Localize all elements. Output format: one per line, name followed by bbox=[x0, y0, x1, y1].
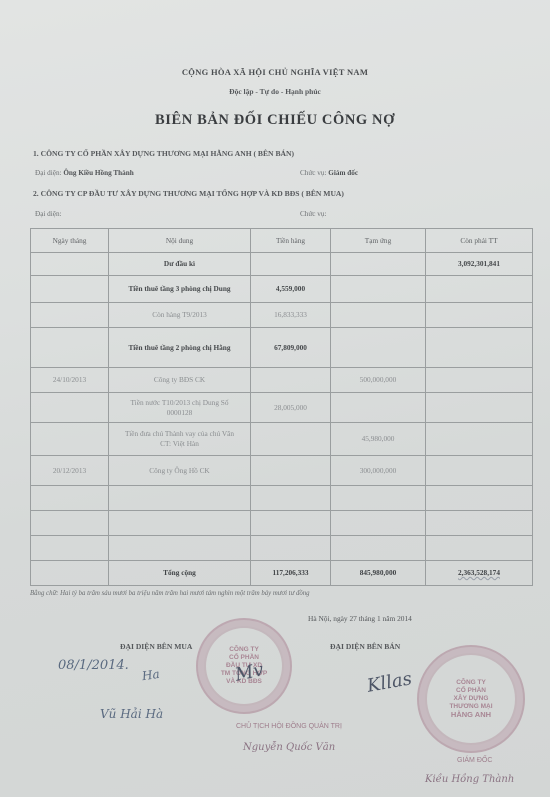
column-header-content: Nội dung bbox=[109, 229, 251, 253]
cell-date bbox=[31, 393, 109, 423]
nation-heading: CỘNG HÒA XÃ HỘI CHỦ NGHĨA VIỆT NAM bbox=[0, 67, 550, 77]
total-label: Tổng cộng bbox=[109, 561, 251, 586]
cell-advance bbox=[331, 393, 426, 423]
cell-remaining bbox=[426, 368, 533, 393]
cell-remaining bbox=[426, 536, 533, 561]
cell-advance bbox=[331, 486, 426, 511]
cell-content: Tiền đưa chú Thành vay của chú Văn CT: V… bbox=[109, 423, 251, 456]
table-row: Còn hàng T9/201316,833,333 bbox=[31, 303, 533, 328]
seller-director-signature: Kllas bbox=[366, 668, 414, 696]
cell-content bbox=[109, 486, 251, 511]
table-body: Dư đầu kì3,092,301,841Tiền thuê tầng 3 p… bbox=[31, 253, 533, 561]
total-date-cell bbox=[31, 561, 109, 586]
cell-date bbox=[31, 303, 109, 328]
table-row: 24/10/2013Công ty BĐS CK500,000,000 bbox=[31, 368, 533, 393]
cell-date: 20/12/2013 bbox=[31, 456, 109, 486]
stamp-line: CÔNG TY bbox=[229, 646, 259, 654]
table-header-row: Ngày tháng Nội dung Tiền hàng Tạm ứng Cò… bbox=[31, 229, 533, 253]
cell-advance bbox=[331, 276, 426, 303]
stamp-line: HẰNG ANH bbox=[451, 711, 491, 719]
cell-goods bbox=[251, 423, 331, 456]
table-row bbox=[31, 486, 533, 511]
cell-remaining bbox=[426, 511, 533, 536]
cell-goods bbox=[251, 456, 331, 486]
cell-advance: 300,000,000 bbox=[331, 456, 426, 486]
column-header-remaining: Còn phải TT bbox=[426, 229, 533, 253]
table-row: Tiền thuê tầng 2 phòng chị Hằng67,809,00… bbox=[31, 328, 533, 368]
seller-position-label: Chức vụ: bbox=[300, 169, 326, 177]
cell-advance bbox=[331, 303, 426, 328]
cell-content: Tiền nước T10/2013 chị Dung Số 0000128 bbox=[109, 393, 251, 423]
amount-in-words: Bằng chữ: Hai tỷ ba trăm sáu mươi ba tri… bbox=[30, 590, 310, 597]
stamp-line: XÂY DỰNG bbox=[454, 695, 489, 703]
buyer-rep-label: Đại diện: bbox=[35, 210, 62, 218]
cell-date bbox=[31, 328, 109, 368]
seller-rep-label: Đại diện: bbox=[35, 169, 62, 177]
seller-company-stamp: CÔNG TY CỔ PHẦN XÂY DỰNG THƯƠNG MẠI HẰNG… bbox=[417, 645, 525, 753]
cell-remaining bbox=[426, 276, 533, 303]
seller-representative: Đại diện: Ông Kiều Hồng Thành bbox=[35, 169, 134, 177]
table-row: Tiền đưa chú Thành vay của chú Văn CT: V… bbox=[31, 423, 533, 456]
cell-content: Còn hàng T9/2013 bbox=[109, 303, 251, 328]
cell-remaining: 3,092,301,841 bbox=[426, 253, 533, 276]
cell-advance: 500,000,000 bbox=[331, 368, 426, 393]
seller-signer-title: GIÁM ĐỐC bbox=[457, 757, 492, 764]
seller-signer-name: Kiều Hồng Thành bbox=[425, 774, 514, 785]
cell-goods: 67,809,000 bbox=[251, 328, 331, 368]
cell-date bbox=[31, 511, 109, 536]
cell-goods: 4,559,000 bbox=[251, 276, 331, 303]
buyer-position-label: Chức vụ: bbox=[300, 210, 326, 218]
cell-content bbox=[109, 536, 251, 561]
table-row bbox=[31, 511, 533, 536]
stamp-line: CỔ PHẦN bbox=[456, 687, 486, 695]
cell-remaining bbox=[426, 328, 533, 368]
seller-position-value: Giám đốc bbox=[328, 169, 358, 177]
table-row: 20/12/2013Công ty Ông Hồ CK300,000,000 bbox=[31, 456, 533, 486]
total-goods: 117,206,333 bbox=[251, 561, 331, 586]
total-remaining: 2,363,528,174 bbox=[426, 561, 533, 586]
handwritten-name: Vũ Hải Hà bbox=[100, 707, 163, 721]
cell-content: Tiền thuê tầng 3 phòng chị Dung bbox=[109, 276, 251, 303]
cell-date bbox=[31, 253, 109, 276]
table-row: Tiền nước T10/2013 chị Dung Số 000012828… bbox=[31, 393, 533, 423]
buyer-signature-heading: ĐẠI DIỆN BÊN MUA bbox=[120, 642, 192, 651]
table-row: Dư đầu kì3,092,301,841 bbox=[31, 253, 533, 276]
cell-content: Tiền thuê tầng 2 phòng chị Hằng bbox=[109, 328, 251, 368]
cell-advance bbox=[331, 253, 426, 276]
cell-remaining bbox=[426, 303, 533, 328]
total-row: Tổng cộng 117,206,333 845,980,000 2,363,… bbox=[31, 561, 533, 586]
buyer-signer-title: CHỦ TỊCH HỘI ĐỒNG QUẢN TRỊ bbox=[236, 723, 342, 730]
cell-advance bbox=[331, 328, 426, 368]
cell-goods bbox=[251, 253, 331, 276]
debt-ledger-table: Ngày tháng Nội dung Tiền hàng Tạm ứng Cò… bbox=[30, 228, 533, 586]
document-page: CỘNG HÒA XÃ HỘI CHỦ NGHĨA VIỆT NAM Độc l… bbox=[0, 0, 550, 797]
handwritten-date: 08/1/2014. bbox=[58, 658, 129, 673]
cell-remaining bbox=[426, 456, 533, 486]
cell-goods bbox=[251, 536, 331, 561]
document-title: BIÊN BẢN ĐỐI CHIẾU CÔNG NỢ bbox=[0, 112, 550, 129]
buyer-initials: Ha bbox=[141, 667, 160, 683]
cell-content bbox=[109, 511, 251, 536]
cell-advance bbox=[331, 511, 426, 536]
seller-position: Chức vụ: Giám đốc bbox=[300, 169, 358, 177]
column-header-goods: Tiền hàng bbox=[251, 229, 331, 253]
cell-goods: 16,833,333 bbox=[251, 303, 331, 328]
table-row bbox=[31, 536, 533, 561]
cell-content: Công ty BĐS CK bbox=[109, 368, 251, 393]
seller-heading: 1. CÔNG TY CỔ PHẦN XÂY DỰNG THƯƠNG MẠI H… bbox=[33, 149, 294, 158]
seller-signature-heading: ĐẠI DIỆN BÊN BÁN bbox=[330, 642, 400, 651]
cell-remaining bbox=[426, 486, 533, 511]
stamp-line: CÔNG TY bbox=[456, 679, 486, 687]
cell-goods bbox=[251, 486, 331, 511]
cell-advance: 45,980,000 bbox=[331, 423, 426, 456]
cell-goods bbox=[251, 511, 331, 536]
cell-date bbox=[31, 276, 109, 303]
buyer-signer-name: Nguyễn Quốc Văn bbox=[243, 742, 335, 753]
column-header-advance: Tạm ứng bbox=[331, 229, 426, 253]
cell-date bbox=[31, 536, 109, 561]
cell-advance bbox=[331, 536, 426, 561]
total-advance: 845,980,000 bbox=[331, 561, 426, 586]
motto: Độc lập - Tự do - Hạnh phúc bbox=[0, 87, 550, 96]
seller-rep-name: Ông Kiều Hồng Thành bbox=[63, 169, 133, 177]
cell-date bbox=[31, 423, 109, 456]
place-and-date: Hà Nội, ngày 27 tháng 1 năm 2014 bbox=[308, 614, 412, 623]
cell-content: Dư đầu kì bbox=[109, 253, 251, 276]
cell-goods: 28,005,000 bbox=[251, 393, 331, 423]
cell-remaining bbox=[426, 393, 533, 423]
cell-goods bbox=[251, 368, 331, 393]
buyer-position: Chức vụ: bbox=[300, 210, 326, 218]
buyer-heading: 2. CÔNG TY CP ĐẦU TƯ XÂY DỰNG THƯƠNG MẠI… bbox=[33, 189, 344, 198]
cell-remaining bbox=[426, 423, 533, 456]
cell-date bbox=[31, 486, 109, 511]
column-header-date: Ngày tháng bbox=[31, 229, 109, 253]
buyer-representative: Đại diện: bbox=[35, 210, 62, 218]
cell-content: Công ty Ông Hồ CK bbox=[109, 456, 251, 486]
table-row: Tiền thuê tầng 3 phòng chị Dung4,559,000 bbox=[31, 276, 533, 303]
cell-date: 24/10/2013 bbox=[31, 368, 109, 393]
